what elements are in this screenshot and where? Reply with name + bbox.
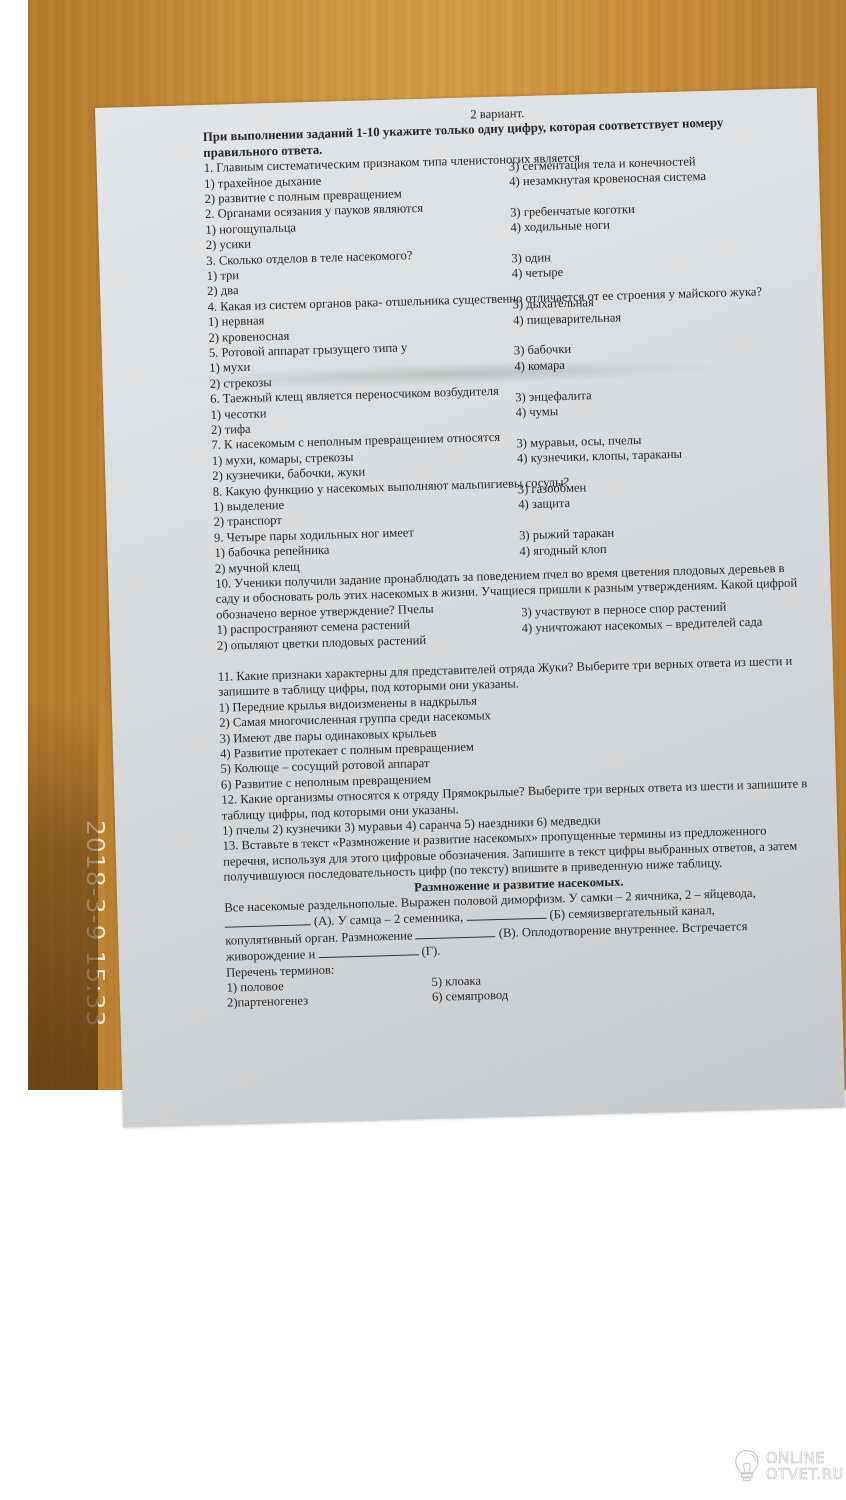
test-paper: 2 вариант. При выполнении заданий 1-10 у… (95, 88, 845, 1128)
options-right: 3) гребенчатые коготки4) ходильные ноги (510, 197, 796, 245)
question-11: 11. Какие признаки характерны для предст… (218, 653, 811, 793)
blank-g[interactable] (318, 944, 418, 959)
questions-list: 1. Главным систематическим признаком тип… (204, 145, 808, 654)
options-right: 3) энцефалита4) чумы (515, 382, 801, 430)
site-watermark: ONLINE OTVET.RU (734, 1443, 844, 1489)
question-10: 10. Ученики получили задание пронаблюдат… (215, 560, 807, 653)
lightbulb-icon (734, 1446, 760, 1486)
options-right: 3) участвуют в перносе спор растений4) у… (521, 597, 807, 645)
options-right: 3) сегментация тела и конечностей4) неза… (509, 151, 795, 199)
terms-left: 1) половое 2)партеногенез (226, 975, 432, 1011)
options-right: 3) муравьи, осы, пчелы4) кузнечики, клоп… (516, 428, 802, 476)
options-right: 3) дыхательная4) пищеварительная (512, 290, 798, 338)
options-right: 3) бабочки4) комара (514, 336, 800, 384)
question-13: 13. Вставьте в текст «Размножение и разв… (222, 823, 817, 1012)
paper-content: 2 вариант. При выполнении заданий 1-10 у… (202, 99, 817, 1012)
watermark-text: ONLINE OTVET.RU (766, 1450, 844, 1482)
blank-a[interactable] (225, 914, 311, 928)
question-11-options: 1) Передние крылья видоизменены в надкры… (219, 684, 811, 793)
photo-timestamp: 2018-3-9 15:33 (80, 820, 110, 1070)
blank-v[interactable] (415, 925, 495, 939)
options-right: 3) газообмен4) защита (518, 474, 804, 522)
blank-b[interactable] (466, 907, 546, 921)
